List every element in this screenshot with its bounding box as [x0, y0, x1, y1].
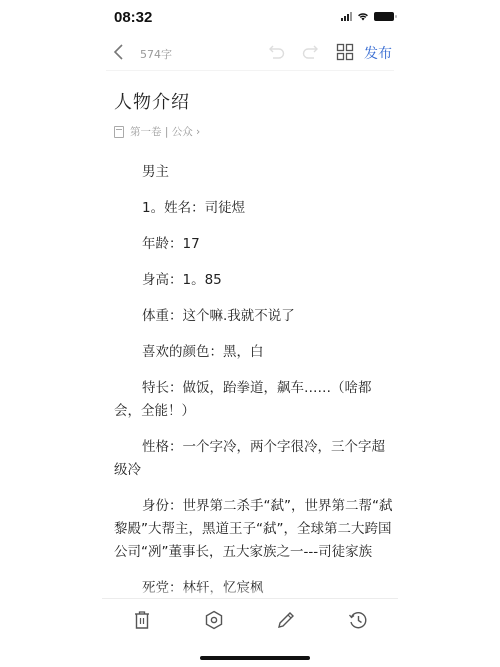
bottom-divider [102, 598, 398, 599]
paragraph-identity: 身份：世界第二杀手“弑”，世界第二帮“弑黎殿”大帮主，黑道王子“弑”，全球第二大… [114, 495, 394, 564]
word-count: 574字 [140, 46, 172, 62]
wifi-icon [357, 12, 369, 21]
editor-toolbar: 574字 发布 [96, 38, 404, 68]
trash-icon [133, 610, 151, 630]
battery-icon [374, 12, 394, 21]
paragraph-age: 年龄：17 [114, 233, 394, 256]
toolbar-divider [106, 70, 394, 71]
settings-hexagon-icon [204, 610, 224, 630]
status-bar: 08:32 [96, 0, 404, 36]
home-indicator[interactable] [200, 656, 310, 660]
paragraph-weight: 体重：这个嘛.我就不说了 [114, 305, 394, 328]
phone-screen: 08:32 574字 [96, 0, 404, 667]
redo-icon[interactable] [301, 44, 319, 60]
edit-button[interactable] [275, 609, 297, 631]
pencil-icon [276, 610, 296, 630]
status-icons [341, 12, 394, 21]
paragraph-height: 身高：1。85 [114, 269, 394, 292]
breadcrumb-text: 第一卷 | 公众 › [130, 124, 200, 139]
chevron-left-icon[interactable] [110, 42, 128, 62]
publish-button[interactable]: 发布 [364, 43, 392, 63]
book-icon [114, 126, 124, 138]
delete-button[interactable] [131, 609, 153, 631]
grid-icon[interactable] [336, 43, 354, 61]
volume-breadcrumb[interactable]: 第一卷 | 公众 › [114, 124, 200, 139]
document-title[interactable]: 人物介绍 [114, 88, 190, 114]
document-body[interactable]: 男主 1。姓名：司徒煜 年龄：17 身高：1。85 体重：这个嘛.我就不说了 喜… [114, 161, 394, 613]
undo-icon[interactable] [268, 44, 286, 60]
paragraph-favorite-color: 喜欢的颜色：黑，白 [114, 341, 394, 364]
paragraph-personality: 性格：一个字冷，两个字很冷，三个字超级冷 [114, 436, 394, 482]
status-time: 08:32 [114, 9, 152, 26]
paragraph-skills: 特长：做饭，跆拳道，飙车……（啥都会，全能！） [114, 377, 394, 423]
history-button[interactable] [347, 609, 369, 631]
bottom-action-bar [96, 602, 404, 638]
section-heading: 男主 [114, 161, 394, 184]
settings-button[interactable] [203, 609, 225, 631]
history-icon [348, 610, 368, 630]
paragraph-name: 1。姓名：司徒煜 [114, 197, 394, 220]
signal-icon [341, 12, 352, 21]
